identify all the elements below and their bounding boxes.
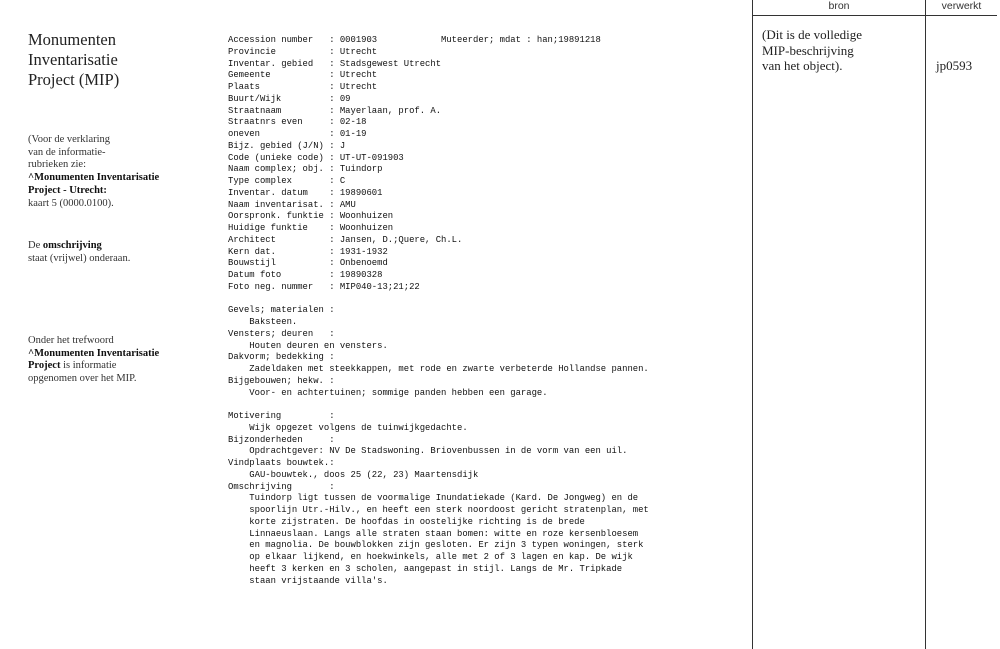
sidebar-title: Monumenten Inventarisatie Project (MIP) — [28, 30, 119, 90]
bron-line: van het object). — [762, 58, 862, 74]
record-field: Architect : Jansen, D.;Quere, Ch.L. — [228, 235, 649, 247]
note-text: is informatie — [60, 360, 116, 371]
section-text: Baksteen. — [228, 317, 649, 329]
record-field: Code (unieke code) : UT-UT-091903 — [228, 153, 649, 165]
section-text: staan vrijstaande villa's. — [228, 576, 649, 588]
record-field: Bijz. gebied (J/N) : J — [228, 141, 649, 153]
section-heading: Dakvorm; bedekking : — [228, 352, 649, 364]
bron-cell: (Dit is de volledige MIP-beschrijving va… — [762, 27, 862, 74]
sidebar-note-keyword: Onder het trefwoord ^Monumenten Inventar… — [28, 335, 159, 386]
record-field: Bouwstijl : Onbenoemd — [228, 258, 649, 270]
keyword-link[interactable]: Project — [28, 360, 60, 371]
section-heading: Omschrijving : — [228, 482, 649, 494]
section-text: en magnolia. De bouwblokken zijn geslote… — [228, 540, 649, 552]
record-field: Straatnrs even : 02-18 — [228, 117, 649, 129]
record-field: Inventar. datum : 19890601 — [228, 188, 649, 200]
note-text: De — [28, 240, 43, 251]
record-field: Straatnaam : Mayerlaan, prof. A. — [228, 106, 649, 118]
keyword-link[interactable]: ^Monumenten Inventarisatie — [28, 348, 159, 359]
record-field: Naam complex; obj. : Tuindorp — [228, 164, 649, 176]
record-field: Gemeente : Utrecht — [228, 70, 649, 82]
section-heading: Bijgebouwen; hekw. : — [228, 376, 649, 388]
record-field: Oorspronk. funktie : Woonhuizen — [228, 211, 649, 223]
keyword-link[interactable]: ^Monumenten Inventarisatie — [28, 172, 159, 183]
record-field: Kern dat. : 1931-1932 — [228, 247, 649, 259]
section-text: GAU-bouwtek., doos 25 (22, 23) Maartensd… — [228, 470, 649, 482]
record-field: Provincie : Utrecht — [228, 47, 649, 59]
note-line: opgenomen over het MIP. — [28, 373, 159, 386]
table-header-divider — [752, 15, 997, 16]
sidebar-note-explanation: (Voor de verklaring van de informatie- r… — [28, 134, 159, 210]
note-line: kaart 5 (0000.0100). — [28, 198, 159, 211]
header-verwerkt: verwerkt — [926, 0, 997, 12]
section-text: Linnaeuslaan. Langs alle straten staan b… — [228, 529, 649, 541]
bron-line: (Dit is de volledige — [762, 27, 862, 43]
section-text: op elkaar lijkend, en hoekwinkels, alle … — [228, 552, 649, 564]
bron-line: MIP-beschrijving — [762, 43, 862, 59]
section-text: Tuindorp ligt tussen de voormalige Inund… — [228, 493, 649, 505]
title-line: Monumenten — [28, 30, 119, 50]
note-line: van de informatie- — [28, 147, 159, 160]
record-field: Type complex : C — [228, 176, 649, 188]
record-field: Foto neg. nummer : MIP040-13;21;22 — [228, 282, 649, 294]
record-field: Plaats : Utrecht — [228, 82, 649, 94]
note-line: Onder het trefwoord — [28, 335, 159, 348]
section-text: Wijk opgezet volgens de tuinwijkgedachte… — [228, 423, 649, 435]
mip-record: Accession number : 0001903 Muteerder; md… — [228, 35, 649, 587]
header-bron: bron — [753, 0, 925, 12]
spacer — [228, 399, 649, 411]
title-line: Inventarisatie — [28, 50, 119, 70]
section-text: Zadeldaken met steekkappen, met rode en … — [228, 364, 649, 376]
verwerkt-cell: jp0593 — [936, 58, 972, 74]
note-line: staat (vrijwel) onderaan. — [28, 253, 130, 266]
section-heading: Gevels; materialen : — [228, 305, 649, 317]
section-heading: Vensters; deuren : — [228, 329, 649, 341]
record-field: Accession number : 0001903 Muteerder; md… — [228, 35, 649, 47]
verwerkt-column-border — [925, 0, 926, 649]
record-field: oneven : 01-19 — [228, 129, 649, 141]
keyword-link[interactable]: Project - Utrecht: — [28, 185, 107, 196]
record-field: Inventar. gebied : Stadsgewest Utrecht — [228, 59, 649, 71]
note-line: (Voor de verklaring — [28, 134, 159, 147]
section-text: Voor- en achtertuinen; sommige panden he… — [228, 388, 649, 400]
sidebar-note-description: De omschrijving staat (vrijwel) onderaan… — [28, 240, 130, 265]
section-text: Houten deuren en vensters. — [228, 341, 649, 353]
record-field: Naam inventarisat. : AMU — [228, 200, 649, 212]
section-text: spoorlijn Utr.-Hilv., en heeft een sterk… — [228, 505, 649, 517]
note-line: rubrieken zie: — [28, 159, 159, 172]
bron-column-border — [752, 0, 753, 649]
section-heading: Motivering : — [228, 411, 649, 423]
record-field: Buurt/Wijk : 09 — [228, 94, 649, 106]
record-field: Datum foto : 19890328 — [228, 270, 649, 282]
spacer — [228, 294, 649, 306]
section-heading: Bijzonderheden : — [228, 435, 649, 447]
section-heading: Vindplaats bouwtek.: — [228, 458, 649, 470]
section-text: Opdrachtgever: NV De Stadswoning. Briove… — [228, 446, 649, 458]
title-line: Project (MIP) — [28, 70, 119, 90]
section-text: korte zijstraten. De hoofdas in oostelij… — [228, 517, 649, 529]
record-field: Huidige funktie : Woonhuizen — [228, 223, 649, 235]
note-bold: omschrijving — [43, 240, 102, 251]
section-text: heeft 3 kerken en 3 scholen, aangepast i… — [228, 564, 649, 576]
